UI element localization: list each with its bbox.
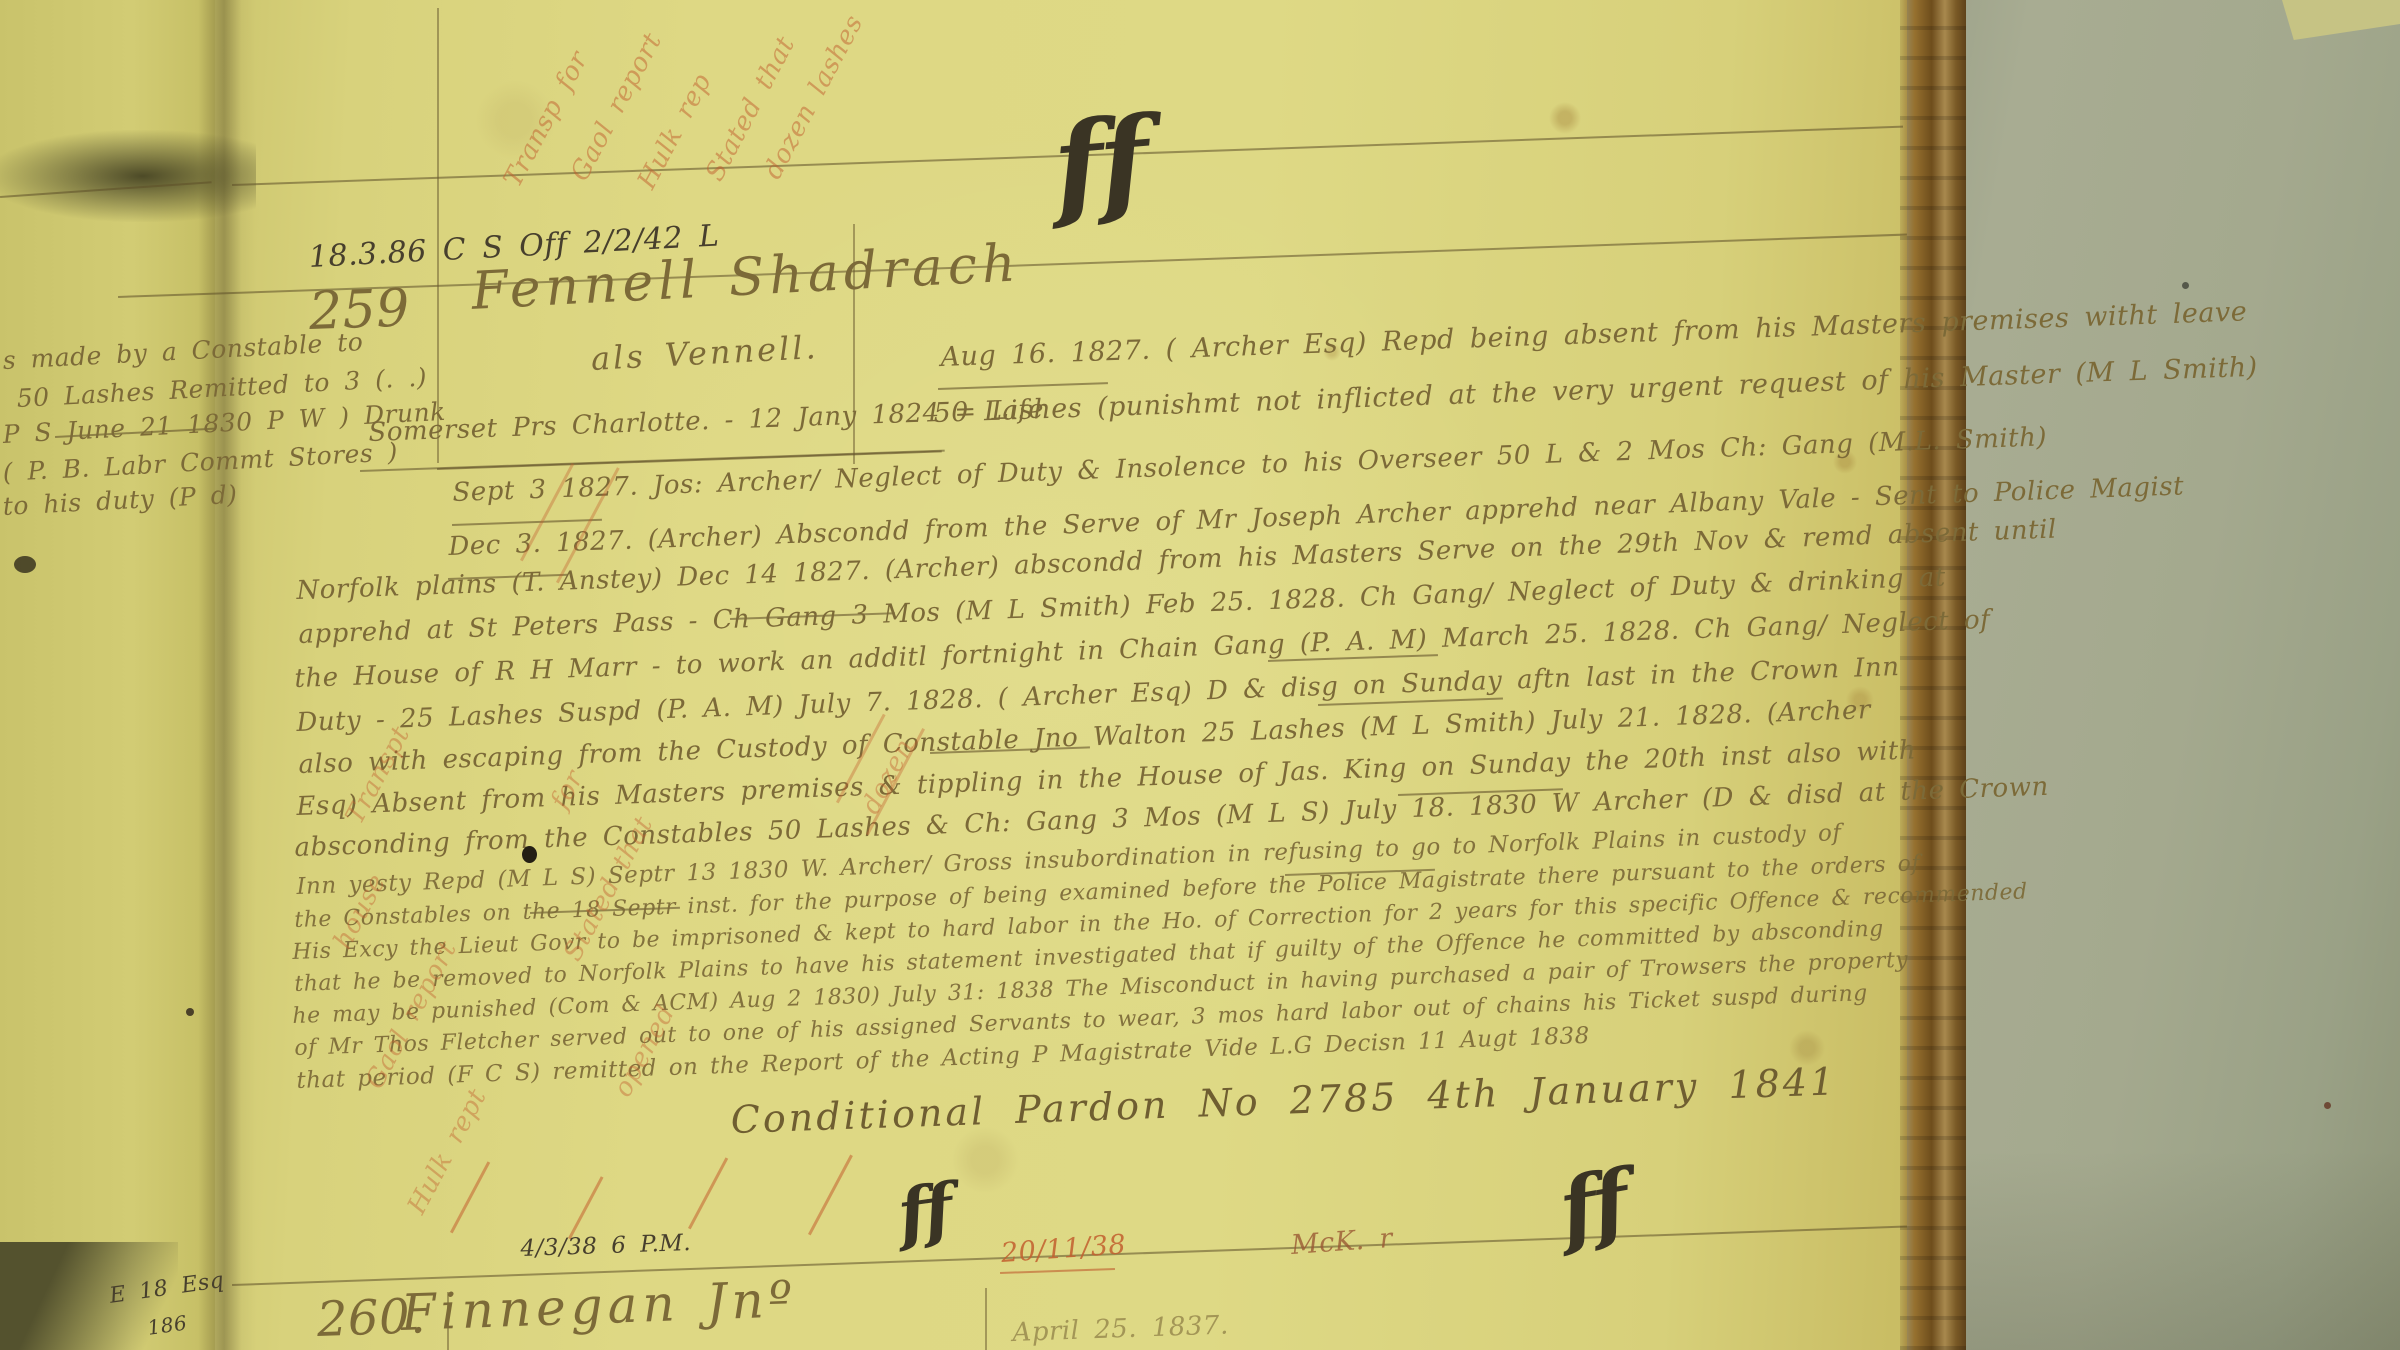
convict-register-scan: 18.3.86 C S Off 2/2/42 L ff s made by a … [0, 0, 2400, 1350]
paper-speck [2324, 1102, 2331, 1109]
top-left-shadow [0, 130, 256, 222]
paper-speck [2182, 282, 2189, 289]
clerk-flourish-top: ff [1048, 92, 1150, 234]
book-fore-edge [1900, 0, 1966, 1350]
clerk-flourish: ff [893, 1169, 954, 1255]
rule-record-column-260 [985, 1288, 987, 1350]
backing-shadow [1960, 1150, 2400, 1350]
desk-backing [1900, 0, 2400, 1350]
ink-blot [14, 556, 36, 573]
paper-speck [186, 1008, 194, 1016]
entry-number: 259 [308, 278, 411, 341]
ink-blot [522, 846, 537, 863]
